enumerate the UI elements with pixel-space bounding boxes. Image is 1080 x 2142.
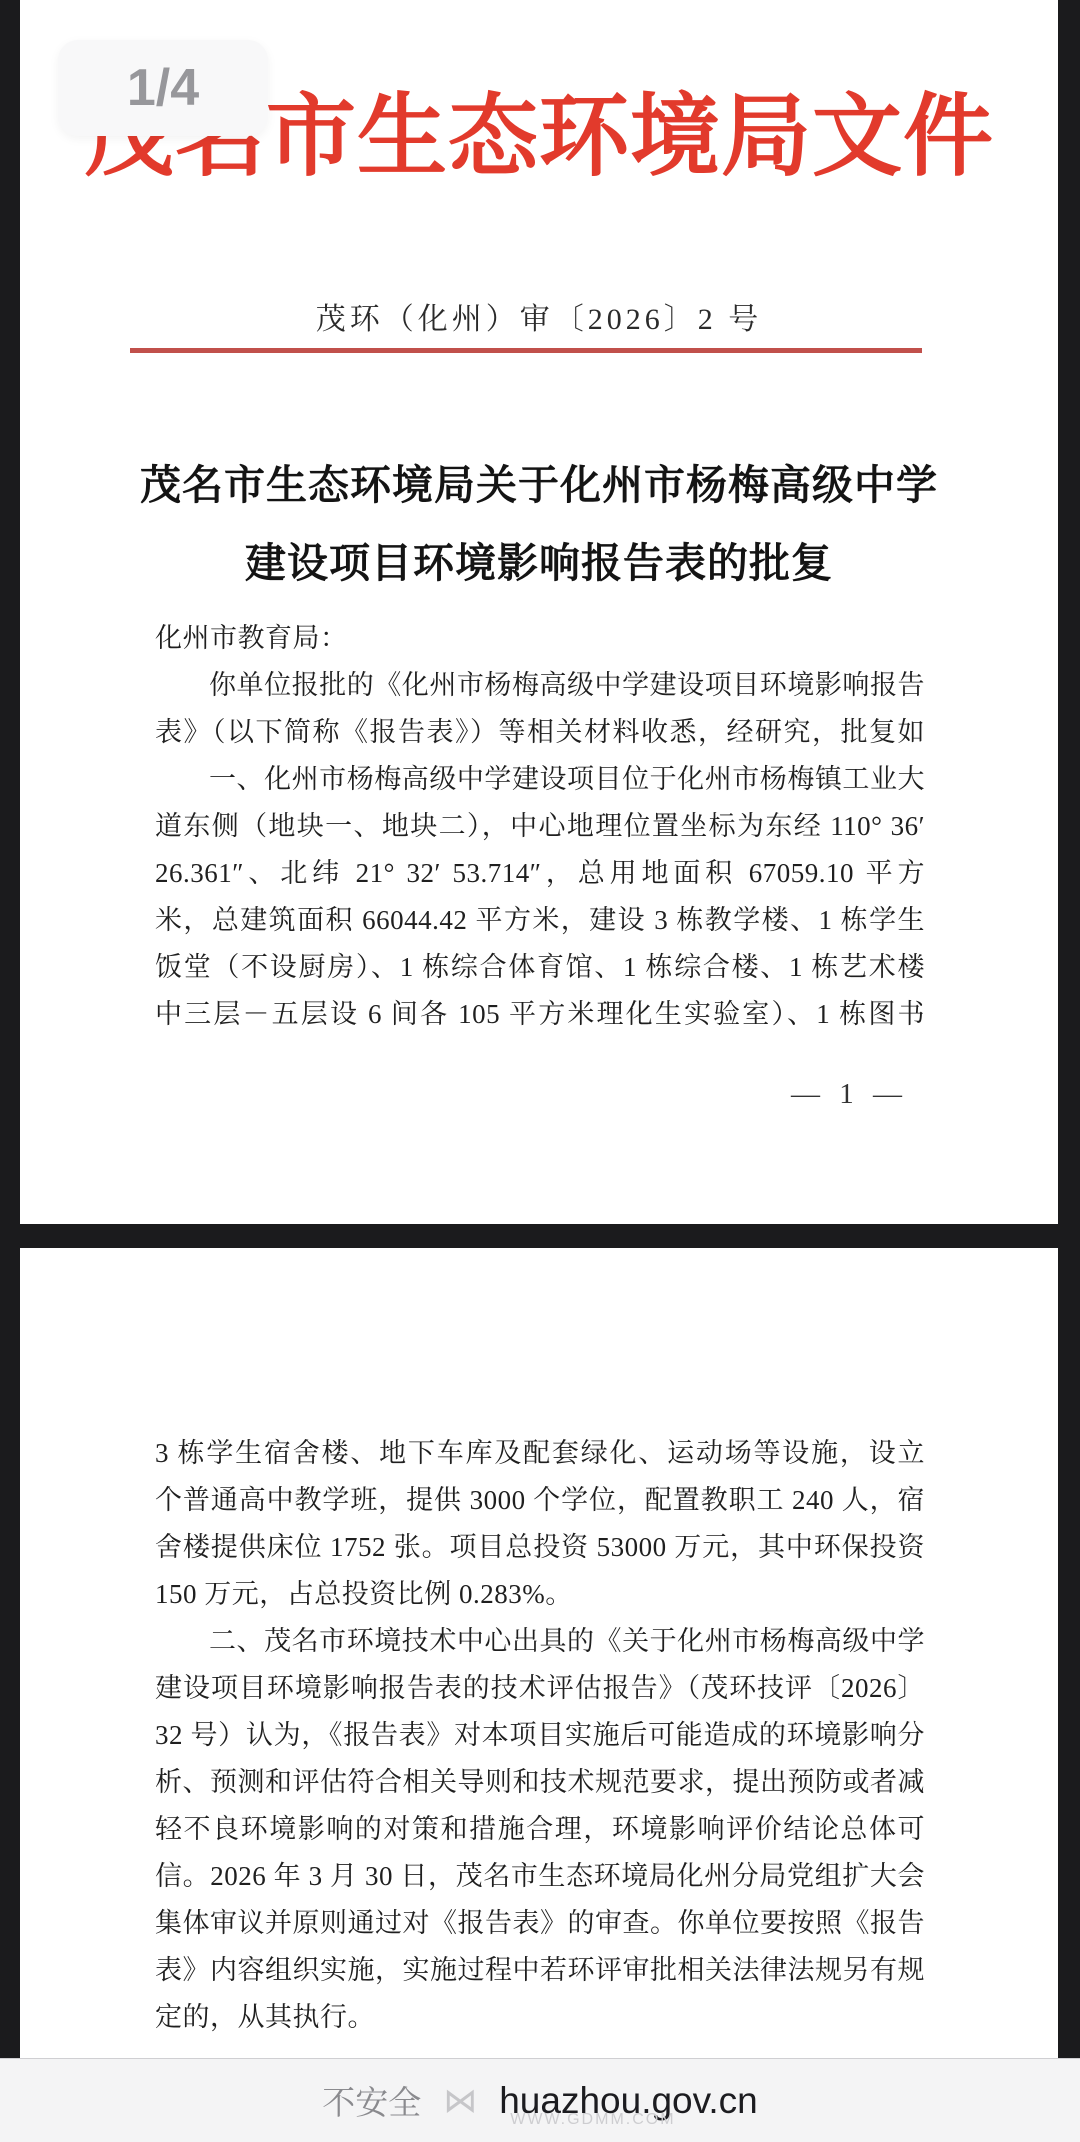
document-text-line: 集体审议并原则通过对《报告表》的审查。你单位要按照《报告 [155,1900,925,1947]
document-page-2: 3 栋学生宿舍楼、地下车库及配套绿化、运动场等设施，设立 60个普通高中教学班，… [20,1248,1058,2058]
document-text-line: 3 栋学生宿舍楼、地下车库及配套绿化、运动场等设施，设立 60 [155,1430,925,1477]
page1-body-text: 化州市教育局：你单位报批的《化州市杨梅高级中学建设项目环境影响报告表》（以下简称… [155,615,925,1038]
document-text-line: 定的，从其执行。 [155,1994,925,2041]
document-title: 茂名市生态环境局关于化州市杨梅高级中学 建设项目环境影响报告表的批复 [20,446,1058,602]
document-text-line: 个普通高中教学班，提供 3000 个学位，配置教职工 240 人，宿 [155,1477,925,1524]
document-text-line: 饭堂（不设厨房）、1 栋综合体育馆、1 栋综合楼、1 栋艺术楼（其 [155,944,925,991]
document-text-line: 析、预测和评估符合相关导则和技术规范要求，提出预防或者减 [155,1759,925,1806]
document-text-line: 150 万元，占总投资比例 0.283%。 [155,1571,925,1618]
document-text-line: 化州市教育局： [155,615,925,662]
not-secure-label: 不安全 [322,2077,421,2124]
document-text-line: 中三层－五层设 6 间各 105 平方米理化生实验室）、1 栋图书馆、 [155,991,925,1038]
document-text-line: 32 号）认为，《报告表》对本项目实施后可能造成的环境影响分 [155,1712,925,1759]
document-title-line1: 茂名市生态环境局关于化州市杨梅高级中学 [140,462,938,508]
document-text-line: 表》内容组织实施，实施过程中若环评审批相关法律法规另有规 [155,1947,925,1994]
document-text-line: 你单位报批的《化州市杨梅高级中学建设项目环境影响报告 [155,662,925,709]
document-text-line: 建设项目环境影响报告表的技术评估报告》（茂环技评〔2026〕 [155,1665,925,1712]
page-indicator-badge: 1/4 [58,40,268,136]
page-indicator-text: 1/4 [127,58,199,118]
document-page-1: 茂名市生态环境局文件 1/4 茂环（化州）审〔2026〕2 号 茂名市生态环境局… [20,0,1058,1224]
document-text-line: 二、茂名市环境技术中心出具的《关于化州市杨梅高级中学 [155,1618,925,1665]
document-number: 茂环（化州）审〔2026〕2 号 [20,294,1058,338]
watermark-logo-icon: ⋈ [443,2084,477,2118]
watermark-text: WWW.GDMM.COM [510,2111,675,2129]
document-text-line: 舍楼提供床位 1752 张。项目总投资 53000 万元，其中环保投资 [155,1524,925,1571]
document-text-line: 信。2026 年 3 月 30 日，茂名市生态环境局化州分局党组扩大会 [155,1853,925,1900]
page2-body-text: 3 栋学生宿舍楼、地下车库及配套绿化、运动场等设施，设立 60个普通高中教学班，… [155,1430,925,2041]
document-text-line: 表》（以下简称《报告表》）等相关材料收悉，经研究，批复如下： [155,709,925,756]
document-text-line: 一、化州市杨梅高级中学建设项目位于化州市杨梅镇工业大 [155,756,925,803]
browser-address-bar[interactable]: 不安全 ⋈ huazhou.gov.cn WWW.GDMM.COM [0,2058,1080,2142]
document-text-line: 道东侧（地块一、地块二），中心地理位置坐标为东经 110° 36′ [155,803,925,850]
document-text-line: 米，总建筑面积 66044.42 平方米，建设 3 栋教学楼、1 栋学生 [155,897,925,944]
document-text-line: 26.361″、北纬 21° 32′ 53.714″，总用地面积 67059.1… [155,850,925,897]
page-number-footer: — 1 — [791,1078,908,1111]
red-divider-line [130,348,922,353]
document-title-line2: 建设项目环境影响报告表的批复 [245,540,833,586]
document-text-line: 轻不良环境影响的对策和措施合理，环境影响评价结论总体可 [155,1806,925,1853]
